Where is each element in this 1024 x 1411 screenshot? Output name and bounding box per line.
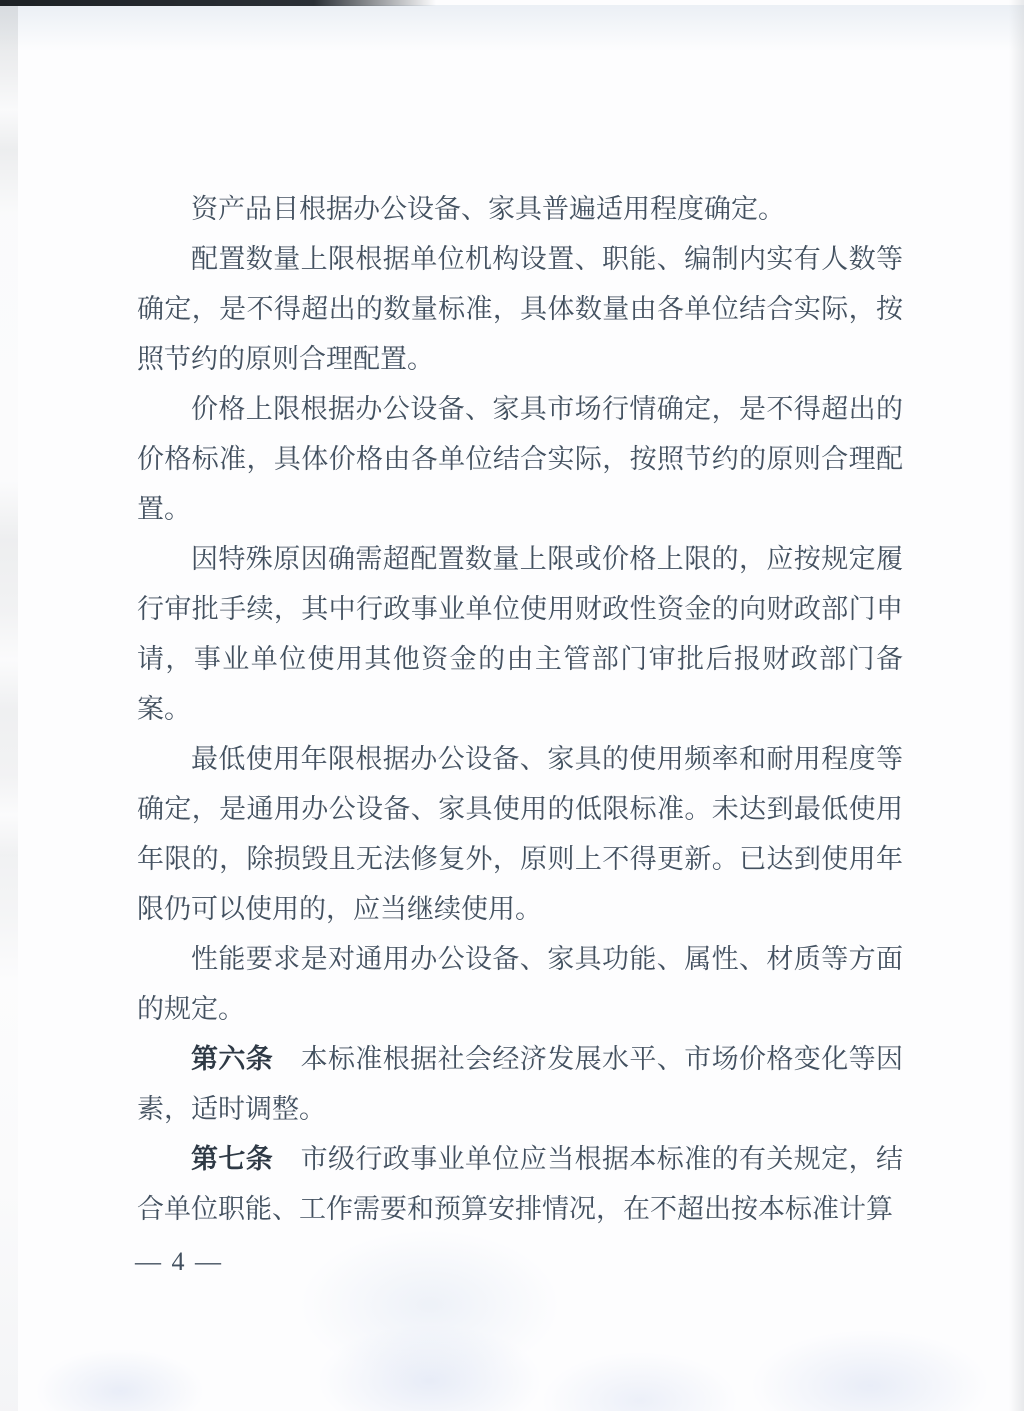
paragraph-text: 性能要求是对通用办公设备、家具功能、属性、材质等方面的规定。 — [137, 944, 903, 1024]
paragraph: 第六条 本标准根据社会经济发展水平、市场价格变化等因素，适时调整。 — [137, 1034, 903, 1134]
paragraph: 最低使用年限根据办公设备、家具的使用频率和耐用程度等确定，是通用办公设备、家具使… — [137, 734, 903, 934]
paragraph-text: 配置数量上限根据单位机构设置、职能、编制内实有人数等确定，是不得超出的数量标准，… — [137, 244, 903, 374]
paragraph: 性能要求是对通用办公设备、家具功能、属性、材质等方面的规定。 — [137, 934, 903, 1034]
scan-artifact-mid-tint — [300, 1230, 560, 1380]
article-number: 第六条 — [191, 1044, 273, 1074]
paragraph: 因特殊原因确需超配置数量上限或价格上限的，应按规定履行审批手续，其中行政事业单位… — [137, 534, 903, 734]
paragraph: 价格上限根据办公设备、家具市场行情确定，是不得超出的价格标准，具体价格由各单位结… — [137, 384, 903, 534]
paragraph-text: 资产品目根据办公设备、家具普遍适用程度确定。 — [191, 194, 785, 224]
paragraph-text: 最低使用年限根据办公设备、家具的使用频率和耐用程度等确定，是通用办公设备、家具使… — [137, 744, 903, 924]
article-number: 第七条 — [191, 1144, 273, 1174]
scan-artifact-right-edge — [1009, 0, 1024, 1411]
document-body: 资产品目根据办公设备、家具普遍适用程度确定。配置数量上限根据单位机构设置、职能、… — [137, 184, 903, 1234]
scanned-document-page: { "colors": { "page_bg": "#fdfdfe", "tex… — [0, 0, 1024, 1411]
paragraph: 第七条 市级行政事业单位应当根据本标准的有关规定，结合单位职能、工作需要和预算安… — [137, 1134, 903, 1234]
scan-artifact-top-bar — [0, 0, 436, 6]
page-number: — 4 — — [135, 1246, 223, 1278]
paragraph-text: 因特殊原因确需超配置数量上限或价格上限的，应按规定履行审批手续，其中行政事业单位… — [137, 544, 903, 724]
paragraph-text: 价格上限根据办公设备、家具市场行情确定，是不得超出的价格标准，具体价格由各单位结… — [137, 394, 903, 524]
scan-artifact-left-edge — [0, 0, 18, 1411]
paragraph: 资产品目根据办公设备、家具普遍适用程度确定。 — [137, 184, 903, 234]
scan-artifact-top-tint — [0, 5, 1024, 51]
paragraph: 配置数量上限根据单位机构设置、职能、编制内实有人数等确定，是不得超出的数量标准，… — [137, 234, 903, 384]
